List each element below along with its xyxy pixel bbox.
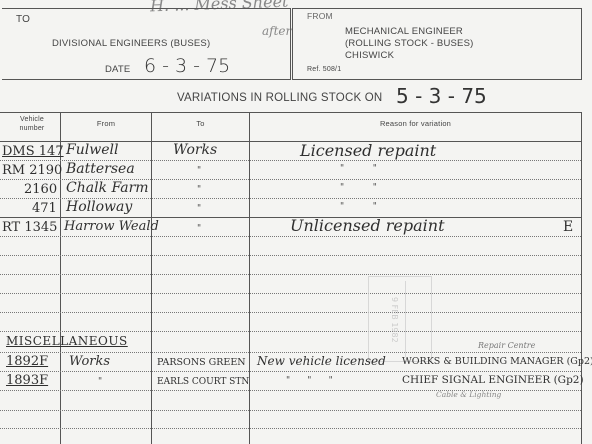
row-4-to: " xyxy=(197,204,201,214)
col-header-vehicle: Vehicle number xyxy=(4,115,60,133)
from-label: FROM xyxy=(307,11,333,21)
row-1-reason: Licensed repaint xyxy=(300,141,436,160)
row-2-to: " xyxy=(197,166,201,176)
row-4-from: Holloway xyxy=(66,199,132,215)
title-date: 5 - 3 - 75 xyxy=(396,84,487,108)
col-divider-3 xyxy=(249,112,250,444)
col-header-reason: Reason for variation xyxy=(250,119,581,128)
row-line xyxy=(0,293,581,294)
row-5-from: Harrow Weald xyxy=(64,219,159,234)
col-header-vehicle-line1: Vehicle xyxy=(20,116,44,123)
misc-1-reason: New vehicle licensed xyxy=(257,354,386,368)
misc-2-from: " xyxy=(98,377,102,387)
received-stamp: 9 FEB 1982 xyxy=(368,276,432,362)
from-line-2: (ROLLING STOCK - BUSES) xyxy=(345,38,473,49)
misc-1-annotation: Repair Centre xyxy=(478,341,535,350)
to-box: TO DIVISIONAL ENGINEERS (BUSES) DATE 6 -… xyxy=(2,8,291,80)
row-3-vehicle: 2160 xyxy=(24,182,57,197)
page-title: VARIATIONS IN ROLLING STOCK ON xyxy=(177,92,382,104)
row-line xyxy=(0,312,581,313)
row-3-from: Chalk Farm xyxy=(66,180,149,196)
row-3-reason: " " xyxy=(340,183,377,193)
from-box: FROM MECHANICAL ENGINEER (ROLLING STOCK … xyxy=(292,8,582,80)
row-1-vehicle: DMS 147 xyxy=(2,144,64,159)
date-label: DATE xyxy=(105,64,130,75)
col-divider-2 xyxy=(151,112,152,444)
row-1-to: Works xyxy=(173,142,217,158)
to-label: TO xyxy=(16,14,30,25)
row-3-to: " xyxy=(197,185,201,195)
row-5-note: E xyxy=(563,219,573,235)
row-line xyxy=(0,274,581,275)
row-5-reason: Unlicensed repaint xyxy=(290,216,445,235)
misc-heading: MISCELLANEOUS xyxy=(6,334,128,348)
row-2-reason: " " xyxy=(340,164,377,174)
reference: Ref. 508/1 xyxy=(307,66,341,73)
stamp-text: 9 FEB 1982 xyxy=(390,297,399,343)
stamp-inner-box xyxy=(405,281,426,357)
misc-2-to: EARLS COURT STN xyxy=(157,377,249,387)
row-4-reason: " " xyxy=(340,202,377,212)
row-line xyxy=(0,352,581,353)
misc-2-reason: " " " xyxy=(286,376,333,386)
misc-2-annotation: Cable & Lighting xyxy=(436,390,501,399)
date-value: 6 - 3 - 75 xyxy=(144,55,230,77)
row-line xyxy=(0,371,581,372)
row-5-to: " xyxy=(197,224,201,234)
col-header-vehicle-line2: number xyxy=(20,125,45,132)
row-2-vehicle: RM 2190 xyxy=(2,163,62,178)
row-line xyxy=(0,331,581,332)
row-line xyxy=(0,236,581,237)
row-2-from: Battersea xyxy=(66,161,135,177)
row-line xyxy=(0,410,581,411)
misc-1-vehicle: 1892F xyxy=(6,354,48,369)
recipient: DIVISIONAL ENGINEERS (BUSES) xyxy=(52,38,210,49)
misc-2-vehicle: 1893F xyxy=(6,373,48,388)
row-line xyxy=(0,428,581,429)
col-header-from: From xyxy=(61,119,151,128)
from-line-1: MECHANICAL ENGINEER xyxy=(345,26,463,37)
misc-2-dept: CHIEF SIGNAL ENGINEER (Gp2) xyxy=(402,374,584,386)
row-4-vehicle: 471 xyxy=(32,201,57,216)
misc-1-dept: WORKS & BUILDING MANAGER (Gp2) xyxy=(402,356,592,367)
misc-1-from: Works xyxy=(69,354,110,369)
row-line xyxy=(0,255,581,256)
row-1-from: Fulwell xyxy=(66,142,118,158)
misc-1-to: PARSONS GREEN xyxy=(157,357,246,368)
from-line-3: CHISWICK xyxy=(345,50,394,61)
row-5-vehicle: RT 1345 xyxy=(2,220,57,235)
col-divider-1 xyxy=(60,112,61,444)
col-header-to: To xyxy=(152,119,249,128)
